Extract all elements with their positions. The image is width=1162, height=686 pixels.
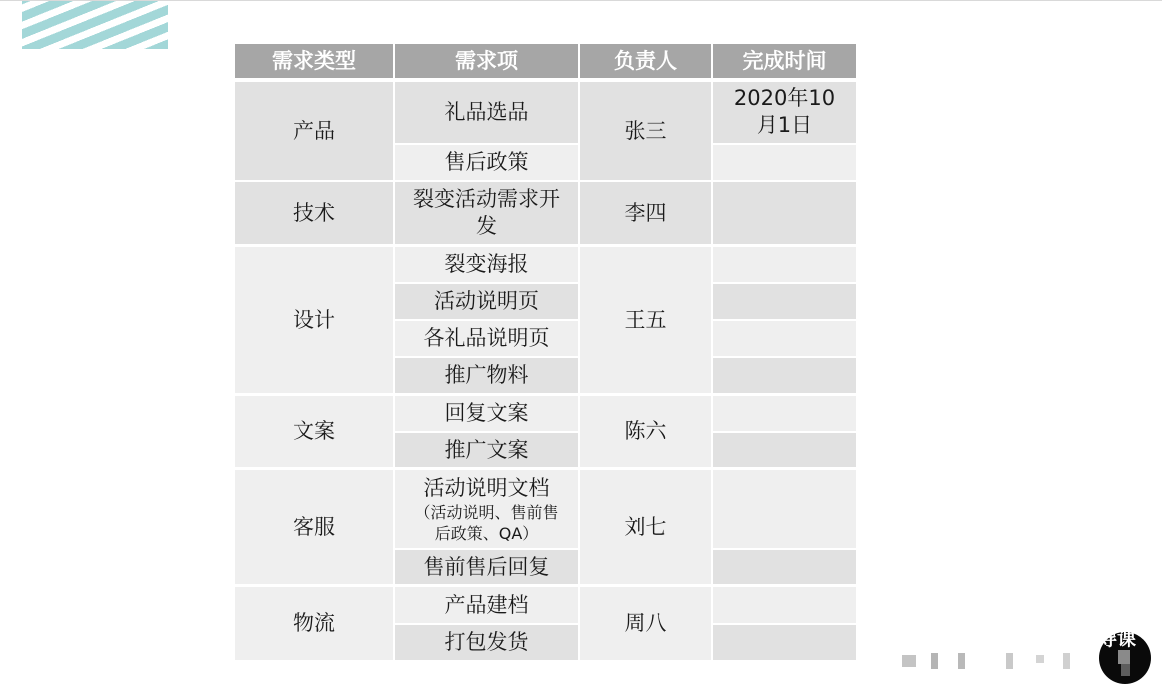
- owner-cell: 张三: [580, 82, 711, 180]
- watermark-pixel: [1063, 653, 1070, 669]
- owner-cell: 王五: [580, 247, 711, 393]
- owner-cell: 李四: [580, 182, 711, 244]
- item-cell: 打包发货: [395, 625, 578, 660]
- category-cell: 物流: [235, 587, 393, 660]
- category-cell: 设计: [235, 247, 393, 393]
- category-cell: 产品: [235, 82, 393, 180]
- item-cell: 活动说明页: [395, 284, 578, 319]
- deadline-cell: [713, 247, 856, 282]
- item-note: 后政策、QA）: [435, 523, 539, 544]
- item-cell: 推广文案: [395, 433, 578, 467]
- top-divider: [0, 0, 1162, 1]
- watermark-pixel: [958, 653, 965, 669]
- item-cell: 各礼品说明页: [395, 321, 578, 356]
- watermark-text: 导课: [1098, 628, 1136, 650]
- item-line: 发: [476, 213, 497, 240]
- item-cell: 售前售后回复: [395, 550, 578, 584]
- deadline-cell: [713, 182, 856, 244]
- item-cell: 推广物料: [395, 358, 578, 393]
- header-category: 需求类型: [235, 44, 393, 78]
- item-cell: 活动说明文档 （活动说明、售前售 后政策、QA）: [395, 470, 578, 548]
- watermark-pixel: [1121, 664, 1130, 676]
- striped-decoration: [22, 1, 168, 49]
- deadline-cell: [713, 145, 856, 180]
- item-cell: 裂变海报: [395, 247, 578, 282]
- deadline-line: 月1日: [757, 112, 812, 139]
- watermark-pixel: [1006, 653, 1013, 669]
- deadline-cell: [713, 321, 856, 356]
- deadline-cell: [713, 625, 856, 660]
- watermark-pixel: [902, 655, 916, 667]
- deadline-cell: [713, 433, 856, 467]
- deadline-line: 2020年10: [734, 85, 835, 112]
- header-item: 需求项: [395, 44, 578, 78]
- item-cell: 裂变活动需求开 发: [395, 182, 578, 244]
- deadline-cell: [713, 358, 856, 393]
- item-cell: 售后政策: [395, 145, 578, 180]
- item-note: （活动说明、售前售: [414, 502, 558, 523]
- watermark-pixel: [931, 653, 938, 669]
- requirements-table: 需求类型 需求项 负责人 完成时间 产品 礼品选品 售后政策 张三 2020年1…: [235, 44, 856, 660]
- deadline-cell: [713, 284, 856, 319]
- item-cell: 回复文案: [395, 396, 578, 431]
- deadline-cell: [713, 396, 856, 431]
- watermark-pixel: [1036, 655, 1044, 663]
- owner-cell: 陈六: [580, 396, 711, 467]
- category-cell: 文案: [235, 396, 393, 467]
- deadline-cell: [713, 470, 856, 548]
- item-line: 裂变活动需求开: [413, 186, 560, 213]
- item-line: 活动说明文档: [424, 475, 550, 502]
- deadline-cell: [713, 587, 856, 623]
- owner-cell: 刘七: [580, 470, 711, 584]
- category-cell: 客服: [235, 470, 393, 584]
- deadline-cell: 2020年10 月1日: [713, 82, 856, 143]
- item-cell: 礼品选品: [395, 82, 578, 143]
- deadline-cell: [713, 550, 856, 584]
- header-deadline: 完成时间: [713, 44, 856, 78]
- item-cell: 产品建档: [395, 587, 578, 623]
- category-cell: 技术: [235, 182, 393, 244]
- watermark-pixel: [1118, 650, 1130, 664]
- header-owner: 负责人: [580, 44, 711, 78]
- owner-cell: 周八: [580, 587, 711, 660]
